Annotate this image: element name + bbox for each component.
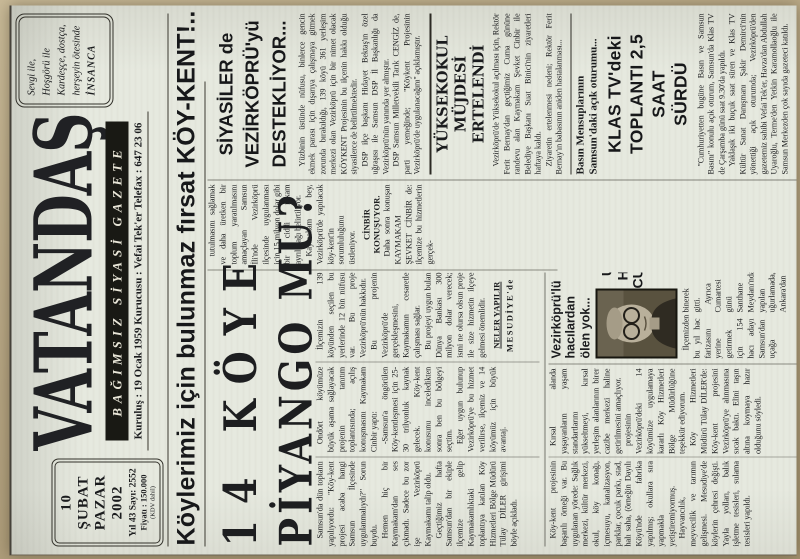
lead-kicker-headline: Köylerimiz için bulunmaz fırsat KÖY-KENT… <box>169 82 206 547</box>
body-paragraph: Köy Hizmetleri Müdürü Tülay DİLER'de: Kö… <box>689 369 764 455</box>
body-paragraph: Bu projeyi uygun bulan Dünya Bankası 300… <box>423 273 488 358</box>
hac-article-box: Vezirköprü'lü hacılardan ölen yok... <box>549 273 797 365</box>
column-divider <box>208 180 797 181</box>
yuksekokul-article: YÜKSEKOKUL MÜJDESİ ERTELENDİ Vezirköprü'… <box>429 14 565 175</box>
ulusoy-headline: ULUSOY HACILARI CUMARTESİ GİTTİ <box>596 273 678 289</box>
body-paragraph: Vezirköprü'de Yüksekokul açılması için, … <box>492 14 545 175</box>
hac-photo-row: ULUSOY HACILARI CUMARTESİ GİTTİ <box>596 273 678 359</box>
klastv-headline-line: KLAS TV'deki <box>605 14 627 175</box>
scanned-newspaper-screenshot: { "colors":{"scan_background":"#b5a482",… <box>0 0 800 559</box>
body-paragraph: -Samsun'a öngörülen Köy-kentleşmesi için… <box>380 367 455 452</box>
klastv-kicker: Basın Mensuplarının Samsun'daki açık otu… <box>570 14 600 175</box>
man-portrait-illustration <box>598 291 676 357</box>
body-paragraph: Yüzbinin üstünde nüfusu, binlerce gencin… <box>297 14 360 175</box>
newspaper-sheet: 10 ŞUBAT PAZAR 2002 Yıl 43 Sayı: 2552 Fi… <box>0 1 800 559</box>
lead-body-columns: Samsun'da dün toplantı yapılıyordu: "Köy… <box>316 273 540 547</box>
body-paragraph: DSP ilçe başkanı Hidayet Bektaş'ın özel … <box>360 14 392 175</box>
siyasiler-headline-line: DESTEKLİYOR... <box>266 14 292 175</box>
hac-kicker: Vezirköprü'lü hacılardan ölen yok... <box>550 273 593 359</box>
price-note: (KDV dahil) <box>149 463 156 543</box>
slogan-box: Sevgi ile, Hoşgörü ile Kardeşçe, dostça,… <box>16 14 114 108</box>
body-paragraph: Eğer uygun bulunup Vezirköprü'ye bu hizm… <box>456 367 510 452</box>
slogan-line: Kardeşçe, dostça, <box>55 18 70 96</box>
slogan-line: Sevgi ile, <box>25 18 40 96</box>
klastv-body: "Cumhuriyetten bugüne Basın ve Samsun Ba… <box>696 14 791 175</box>
yuksekokul-body: Vezirköprü'de Yüksekokul açılması için, … <box>492 14 566 175</box>
siyasiler-headline-line: VEZİRKÖPRÜ'yü <box>240 14 266 175</box>
slogan-line: Hoşgörü ile <box>40 18 55 96</box>
body-paragraph: "Cumhuriyetten bugüne Basın ve Samsun Ba… <box>696 14 728 175</box>
ulusoy-headline-line: CUMARTESİ <box>631 273 647 289</box>
siyasiler-headline: SİYASİLER de VEZİRKÖPRÜ'yü DESTEKLİYOR..… <box>208 14 298 175</box>
body-paragraph: Kırsal alanda yaşayanların yaşam standar… <box>549 369 624 455</box>
slogan-box-inner: Sevgi ile, Hoşgörü ile Kardeşçe, dostça,… <box>19 17 111 105</box>
body-paragraph: Hayvancılık, meyvecilik ve tarımın geliş… <box>678 461 753 547</box>
lead-column-2: Ondört köyümüze büyük aşama sağlayacak p… <box>316 367 540 457</box>
hac-body: İlçemizden bu yıl hac farizasını yerine … <box>682 273 797 359</box>
lead-story-main: 14 KÖYE PİYANGO MU? Samsun'da dün toplan… <box>208 273 797 547</box>
klastv-headline-line: TOPLANTI 2,5 SAAT <box>626 14 670 175</box>
hac-kicker-line: ölen yok... <box>578 273 592 359</box>
date-price-box-inner: 10 ŞUBAT PAZAR 2002 Yıl 43 Sayı: 2552 Fi… <box>55 462 161 544</box>
yuksekokul-headline-line: YÜKSEKOKUL MÜJDESİ <box>434 14 470 175</box>
body-paragraph: projesinin Vezirköprü'deki 14 köyümüze u… <box>624 369 689 455</box>
newspaper-title: VATANDAŞ <box>18 110 112 455</box>
body-paragraph: Köy-kent projesinin başarılı örneği var.… <box>549 461 678 547</box>
portrait-photo-man-with-glasses <box>596 289 678 359</box>
body-paragraph: Ondört köyümüze büyük aşama sağlayacak p… <box>316 367 381 452</box>
ulusoy-headline-line: HACILARI <box>615 273 631 289</box>
body-paragraph: Geçtiğimiz hafta Samsun'dan bir ekiple i… <box>434 461 520 546</box>
siyasiler-body: Yüzbinin üstünde nüfusu, binlerce gencin… <box>297 14 423 175</box>
newspaper-title-block: VATANDAŞ <box>18 110 84 455</box>
slogan-line-insanca: İNSANCA <box>85 18 100 96</box>
subhead-cinbir-konusuyor: CİNBİR KONUŞUYOR. <box>361 185 381 265</box>
yuksekokul-headline: YÜKSEKOKUL MÜJDESİ ERTELENDİ <box>434 14 488 175</box>
siyasiler-headline-line: SİYASİLER de <box>214 14 240 175</box>
tagline-bar: BAĞIMSIZ SİYASİ GAZETE <box>106 122 129 441</box>
masthead-area: 10 ŞUBAT PAZAR 2002 Yıl 43 Sayı: 2552 Fi… <box>16 14 169 547</box>
hac-kicker-line: Vezirköprü'lü hacılardan <box>550 273 579 359</box>
slogan-line: herşeyin ötesinde <box>70 18 85 96</box>
lead-continuation-block: Köy-kent projesinin başarılı örneği var.… <box>549 369 797 547</box>
lead-main-headline: 14 KÖYE PİYANGO MU? <box>214 273 323 547</box>
date-year: 2002 <box>109 463 126 543</box>
body-paragraph: İlçemizin 139 köyünden seçilen bu yerler… <box>316 273 370 358</box>
lead-bottom-band: Köy-kent projesinin başarılı örneği var.… <box>545 273 797 547</box>
lead-headline-line1: 14 KÖYE <box>214 273 267 547</box>
body-paragraph: Bu projenin Vezirköprü'de gerçekleşmesin… <box>369 273 423 358</box>
klastv-headline-line: SÜRDÜ <box>670 14 692 175</box>
newspaper-front-page: 10 ŞUBAT PAZAR 2002 Yıl 43 Sayı: 2552 Fi… <box>10 6 797 556</box>
date-weekday: PAZAR <box>92 463 109 543</box>
price: Fiyatı : 150.000 <box>140 463 150 543</box>
subhead-neler-yapilir: NELER YAPILIR <box>491 273 501 358</box>
lead-story-zone: 14 KÖYE PİYANGO MU? Samsun'da dün toplan… <box>208 185 797 547</box>
lead-headline-line2: PİYANGO MU? <box>269 273 322 547</box>
ulusoy-headline-line: GİTTİ <box>647 273 663 289</box>
lead-column-1: Samsun'da dün toplantı yapılıyordu: "Köy… <box>316 461 540 546</box>
ulusoy-headline-line: ULUSOY <box>600 273 616 289</box>
founding-line: Kuruluş : 19 Ocak 1959 Kurucusu : Vefai … <box>133 112 149 451</box>
subhead-mesudiyede: MESUDİYE'de <box>504 273 514 358</box>
body-paragraph: Daha sonra konuşan KAYMAKAM ŞEVKET CİNBİ… <box>382 185 436 265</box>
right-column-zone: SİYASİLER de VEZİRKÖPRÜ'yü DESTEKLİYOR..… <box>208 14 797 176</box>
date-month: ŞUBAT <box>76 463 93 543</box>
body-paragraph: DSP Samsun Milletvekili Tarık CENGİZ de,… <box>392 14 424 175</box>
yuksekokul-headline-line: ERTELENDİ <box>471 14 489 175</box>
body-paragraph: Samsun'da dün toplantı yapılıyordu: "Köy… <box>316 461 381 546</box>
klastv-headline: KLAS TV'deki TOPLANTI 2,5 SAAT SÜRDÜ <box>605 14 693 175</box>
lead-column-3: İlçemizin 139 köyünden seçilen bu yerler… <box>316 273 540 363</box>
body-paragraph: Ziyaretin ertelenmesi nedeni; Rektör Fer… <box>544 14 565 175</box>
body-paragraph: Hemen hiç bir Kaymakam'dan ses çıkmadı. … <box>380 461 434 546</box>
body-paragraph: Yaklaşık iki buçuk saat süren ve Klas TV… <box>728 14 791 175</box>
content-area: 14 KÖYE PİYANGO MU? Samsun'da dün toplan… <box>208 14 797 547</box>
date-price-box: 10 ŞUBAT PAZAR 2002 Yıl 43 Sayı: 2552 Fi… <box>52 459 164 547</box>
date-day: 10 <box>59 463 76 543</box>
